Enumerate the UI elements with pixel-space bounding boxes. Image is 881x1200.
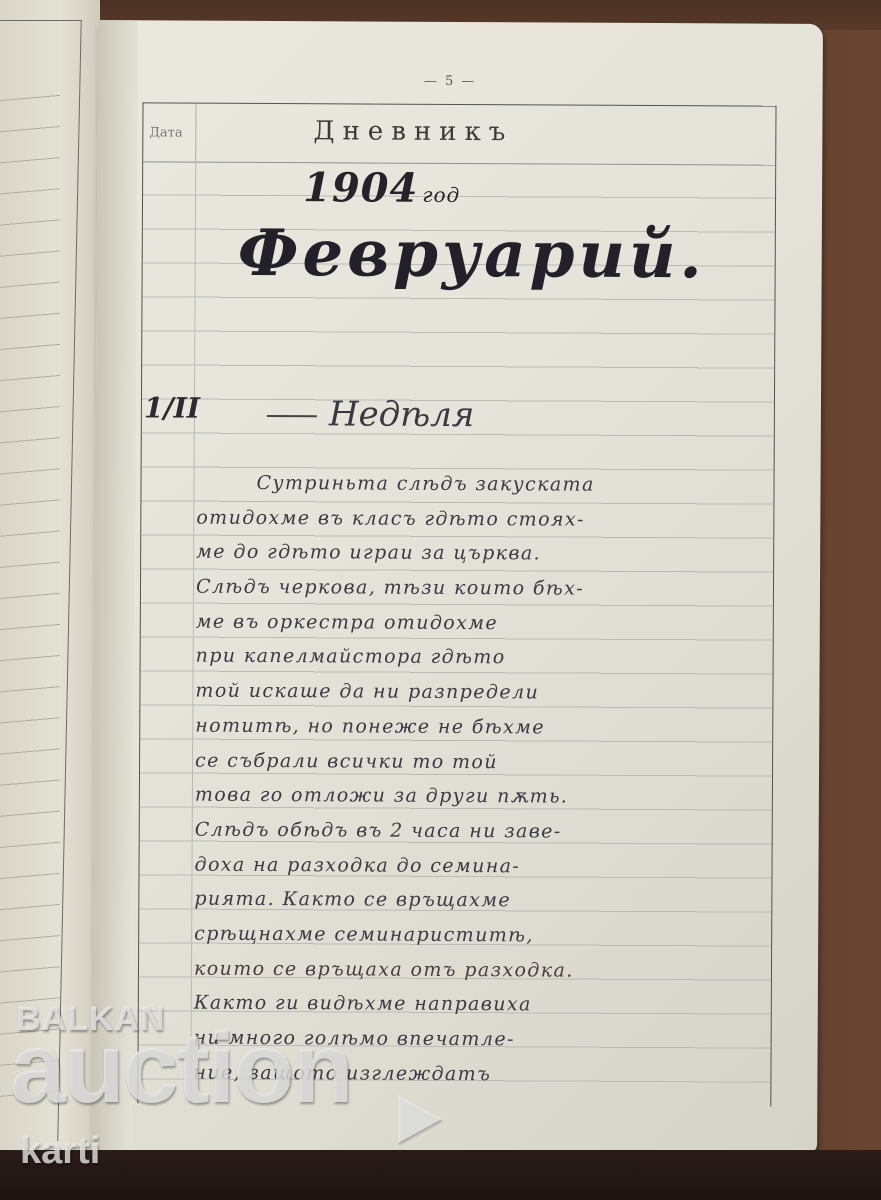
entry-line: нотитѣ, но понеже не бѣхме <box>195 708 795 746</box>
diary-page: — 5 — Дата Дневникъ 1904год Февруарий. 1… <box>92 20 823 1154</box>
date-column-header: Дата <box>143 103 196 161</box>
entry-line: отидохме въ класъ гдѣто стоях- <box>196 500 796 538</box>
dash-decoration <box>267 415 317 417</box>
weekday-label: Недѣля <box>329 394 475 435</box>
heading-month: Февруарий. <box>238 216 706 293</box>
entry-line: той искаше да ни разпредели <box>195 674 795 712</box>
date-column-label: Дата <box>149 125 182 140</box>
page-number: — 5 — <box>88 72 813 91</box>
entry-line: Сутриньта слѣдъ закуската <box>196 466 796 504</box>
entry-line: ме въ оркестра отидохме <box>196 604 796 642</box>
entry-line: рията. Както се връщахме <box>194 882 794 920</box>
entry-line: при капелмайстора гдѣто <box>196 639 796 677</box>
entry-line: Слѣдъ черкова, тѣзи които бѣх- <box>196 570 796 608</box>
entry-line: които се връщаха отъ разходка. <box>194 951 794 989</box>
table-shadow <box>0 1150 881 1200</box>
entry-line: ние, защото изглеждатъ <box>193 1055 793 1093</box>
entry-weekday: Недѣля <box>267 394 475 435</box>
entry-line: ни много голѣмо впечатле- <box>194 1021 794 1059</box>
entry-line: това го отложи за други пѫть. <box>195 778 795 816</box>
entry-line: ме до гдѣто играи за църква. <box>196 535 796 573</box>
entry-line: срѣщнахме семинариститѣ, <box>194 917 794 955</box>
entry-line: доха на разходка до семина- <box>194 847 794 885</box>
previous-page-edge <box>0 0 100 1180</box>
year-number: 1904 <box>303 164 419 212</box>
year-suffix: год <box>422 183 460 207</box>
entry-line: Както ги видѣхме направиха <box>194 986 794 1024</box>
page-gutter <box>92 20 138 1150</box>
page-frame: Дата Дневникъ 1904год Февруарий. 1/II Не… <box>137 102 776 1106</box>
entry-text: Сутриньта слѣдъ закуската отидохме въ кл… <box>193 466 796 1094</box>
previous-page-frame <box>0 20 82 1141</box>
entry-line: Слѣдъ обѣдъ въ 2 часа ни заве- <box>195 813 795 851</box>
diary-title: Дневникъ <box>313 116 513 147</box>
heading-year: 1904год <box>303 164 460 212</box>
frame-header: Дата Дневникъ <box>143 103 775 165</box>
entry-date: 1/II <box>144 391 200 424</box>
entry-line: се събрали всички то той <box>195 743 795 781</box>
